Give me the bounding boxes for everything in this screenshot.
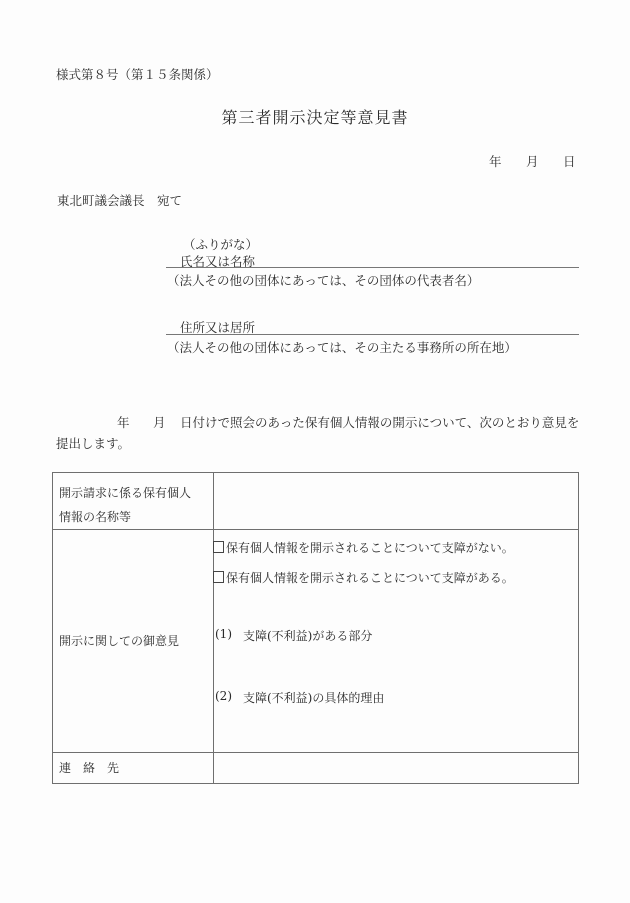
address-field-line[interactable]	[166, 334, 579, 335]
table-row-info-name: 開示請求に係る保有個人 情報の名称等	[53, 473, 579, 530]
date-day-label: 日	[563, 152, 576, 170]
contact-value-cell[interactable]	[214, 753, 579, 784]
checkbox-icon[interactable]	[213, 541, 224, 553]
address-note: （法人その他の団体にあっては、その主たる事務所の所在地）	[167, 338, 517, 356]
body-month-label: 月	[153, 413, 166, 431]
item-2-text: 支障(不利益)の具体的理由	[243, 689, 384, 706]
form-number: 様式第８号（第１５条関係）	[56, 65, 219, 83]
option-no-objection[interactable]: 保有個人情報を開示されることについて支障がない。	[213, 539, 514, 556]
name-note: （法人その他の団体にあっては、その団体の代表者名）	[167, 271, 479, 289]
document-title: 第三者開示決定等意見書	[0, 105, 630, 128]
opinion-label: 開示に関しての御意見	[53, 530, 214, 753]
date-year-label: 年	[489, 152, 502, 170]
checkbox-icon[interactable]	[213, 571, 224, 583]
body-text-line2: 提出します。	[56, 434, 130, 452]
item-1-number: (1)	[215, 627, 232, 641]
body-year-label: 年	[117, 413, 130, 431]
info-name-value-cell[interactable]	[214, 473, 579, 530]
item-2-number: (2)	[215, 689, 232, 703]
info-name-label: 開示請求に係る保有個人 情報の名称等	[53, 473, 214, 530]
item-1-text: 支障(不利益)がある部分	[243, 627, 372, 644]
addressee: 東北町議会議長 宛て	[57, 191, 182, 209]
furigana-label: （ふりがな）	[183, 235, 258, 253]
body-text-line1: 日付けで照会のあった保有個人情報の開示について、次のとおり意見を	[180, 413, 579, 431]
name-field-line[interactable]	[166, 267, 579, 268]
date-month-label: 月	[526, 152, 539, 170]
table-row-contact: 連 絡 先	[53, 753, 579, 784]
contact-label: 連 絡 先	[53, 753, 214, 784]
option-objection[interactable]: 保有個人情報を開示されることについて支障がある。	[213, 569, 514, 586]
